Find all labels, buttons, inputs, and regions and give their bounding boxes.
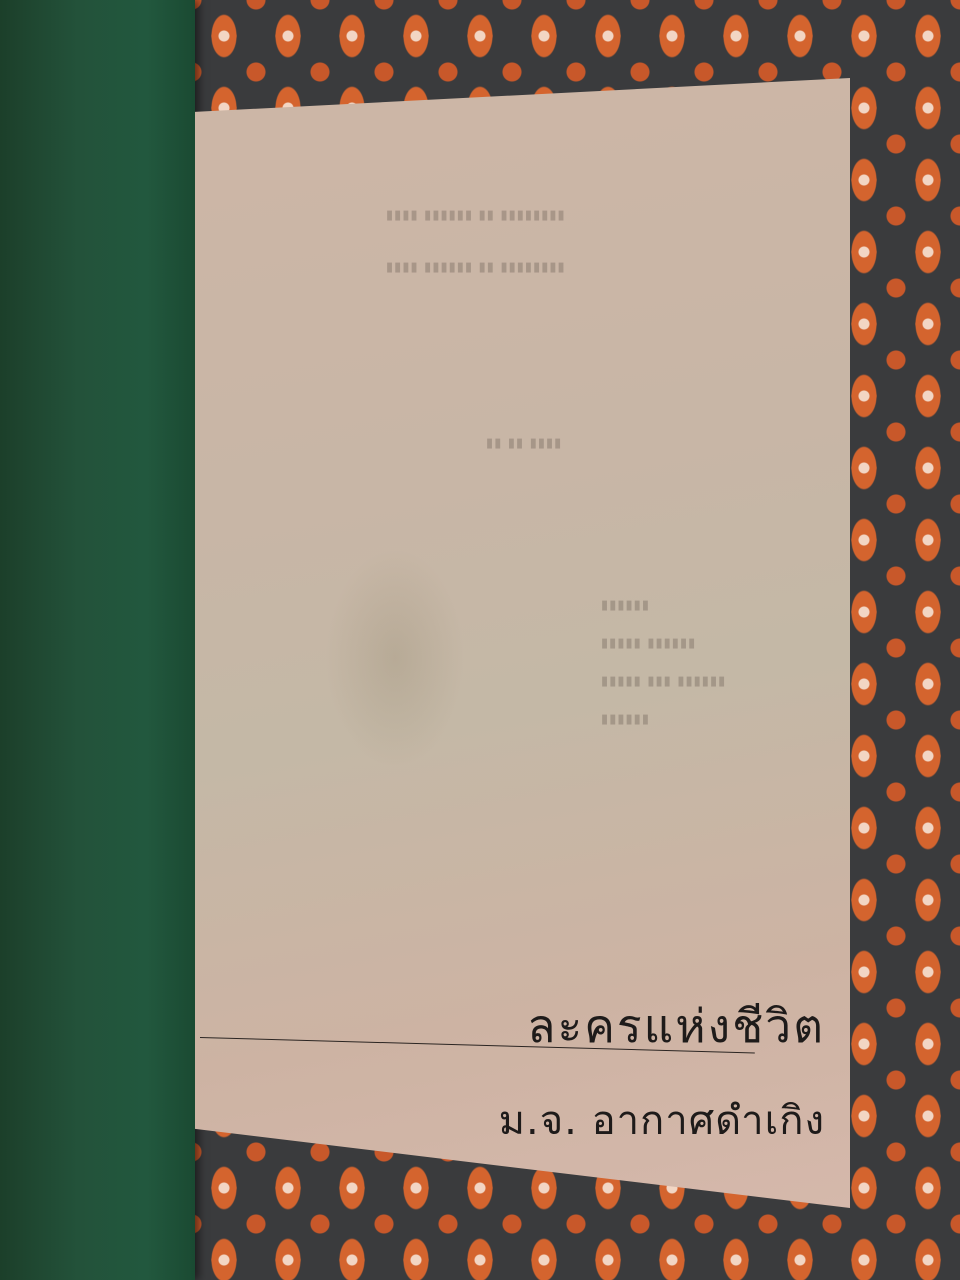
bleed-through-text: ▮▮▮▮▮▮▮▮ ▮▮ ▮▮▮▮▮▮ ▮▮▮▮ (385, 260, 565, 275)
bleed-through-text: ▮▮▮▮▮▮ (600, 712, 649, 727)
bleed-through-text: ▮▮▮▮▮▮ ▮▮▮▮▮ (600, 636, 695, 651)
bleed-through-text: ▮▮▮▮▮▮ (600, 598, 649, 613)
bleed-through-text: ▮▮▮▮▮▮ ▮▮▮ ▮▮▮▮▮ (600, 674, 725, 689)
book-author: ม.จ. อากาศดำเกิง (499, 1088, 825, 1152)
book-title: ละครแห่งชีวิต (527, 990, 825, 1063)
book-cover-spine (0, 0, 195, 1280)
bleed-through-text: ▮▮▮▮ ▮▮ ▮▮ (485, 436, 561, 451)
bleed-through-text: ▮▮▮▮▮▮▮▮ ▮▮ ▮▮▮▮▮▮ ▮▮▮▮ (385, 208, 565, 223)
